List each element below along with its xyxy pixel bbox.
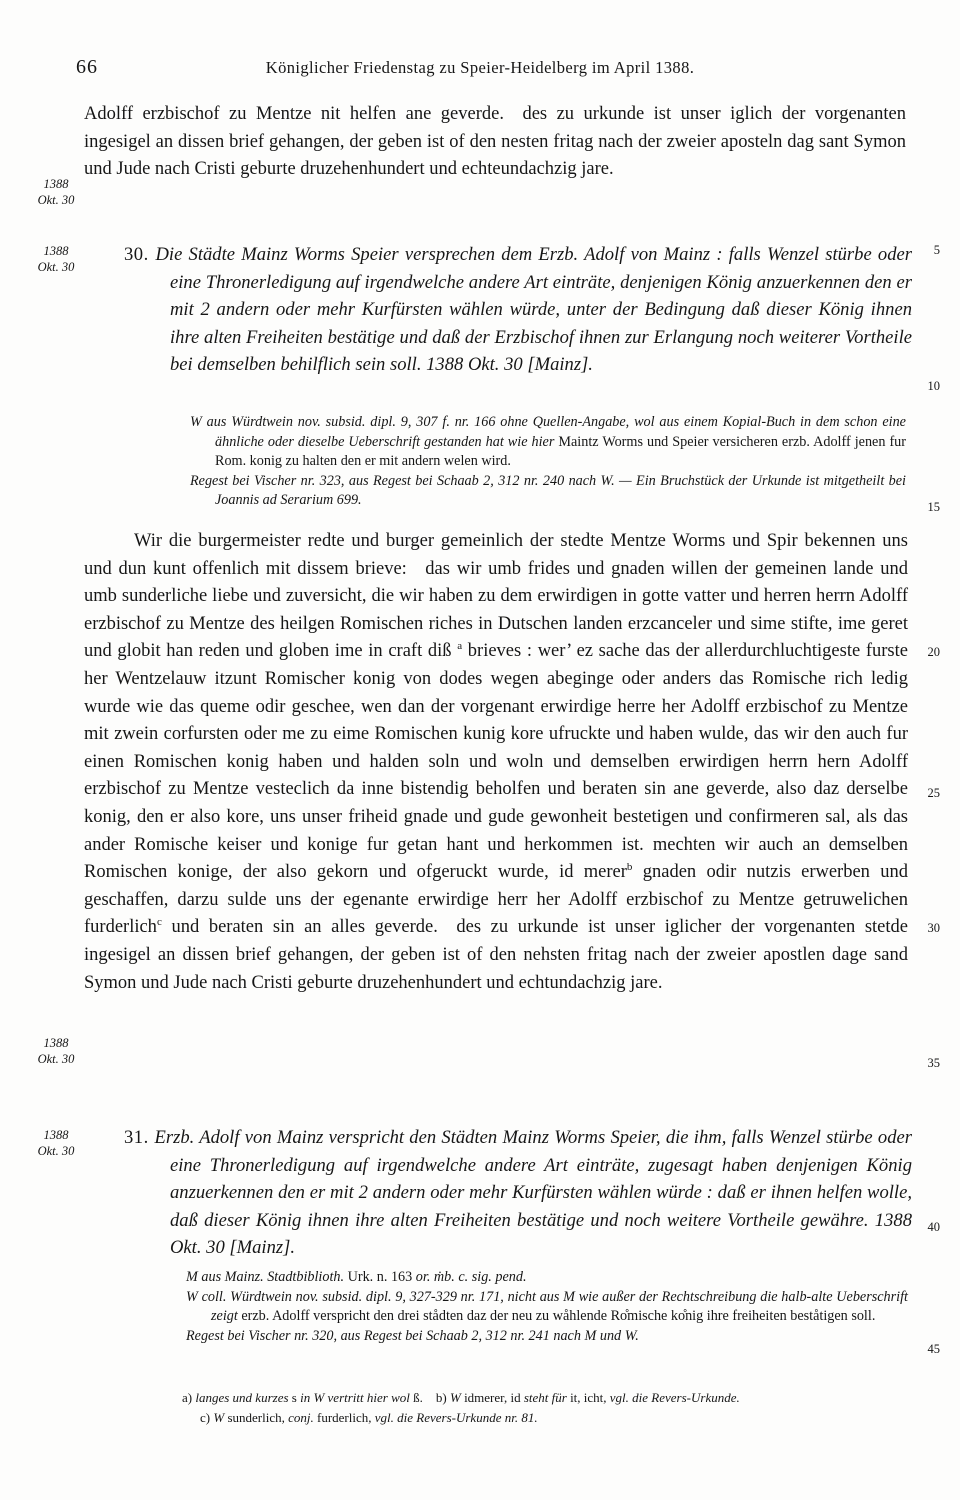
line-number: 10 [908, 379, 940, 394]
line-number: 20 [908, 645, 940, 660]
source-note: M aus Mainz. Stadtbiblioth. Urk. n. 163 … [186, 1268, 908, 1288]
source-note: Regest bei Vischer nr. 323, aus Regest b… [190, 472, 906, 511]
source-note: Regest bei Vischer nr. 320, aus Regest b… [186, 1327, 908, 1347]
margin-year: 1388 [28, 177, 84, 193]
regest-31-source-notes: M aus Mainz. Stadtbiblioth. Urk. n. 163 … [186, 1268, 908, 1346]
margin-day: Okt. 30 [28, 193, 84, 209]
regest-entry-31: 31. Erzb. Adolf von Mainz verspricht den… [124, 1124, 912, 1262]
margin-day: Okt. 30 [28, 260, 84, 276]
regest-entry-30: 30. Die Städte Mainz Worms Speier verspr… [124, 241, 912, 379]
regest-31-summary: 31. Erzb. Adolf von Mainz verspricht den… [124, 1124, 912, 1262]
source-note: W coll. Würdtwein nov. subsid. dipl. 9, … [186, 1288, 908, 1327]
line-number: 25 [908, 786, 940, 801]
margin-date-note: 1388 Okt. 30 [28, 1128, 84, 1159]
apparatus-footnotes: a) langes und kurzes s in W vertritt hie… [182, 1388, 906, 1428]
line-number: 35 [908, 1056, 940, 1071]
margin-date-note: 1388 Okt. 30 [28, 177, 84, 208]
footnote-c: c) W sunderlich, conj. furderlich, vgl. … [182, 1408, 906, 1428]
line-number: 40 [908, 1220, 940, 1235]
line-number: 45 [908, 1342, 940, 1357]
line-number: 30 [908, 921, 940, 936]
charter-paragraph: Wir die burgermeister redte und burger g… [84, 528, 908, 997]
margin-year: 1388 [28, 244, 84, 260]
charter-text: Wir die burgermeister redte und burger g… [84, 528, 908, 997]
intro-paragraph: Adolff erzbischof zu Mentze nit helfen a… [84, 101, 906, 184]
margin-date-note: 1388 Okt. 30 [28, 244, 84, 275]
intro-text: Adolff erzbischof zu Mentze nit helfen a… [84, 101, 906, 184]
regest-30-source-notes: W aus Würdtwein nov. subsid. dipl. 9, 30… [190, 413, 906, 511]
running-header: Königlicher Friedenstag zu Speier-Heidel… [0, 58, 960, 78]
footnote-a-b: a) langes und kurzes s in W vertritt hie… [182, 1388, 906, 1408]
margin-day: Okt. 30 [28, 1144, 84, 1160]
line-number: 15 [908, 500, 940, 515]
margin-year: 1388 [28, 1036, 84, 1052]
regest-30-summary: 30. Die Städte Mainz Worms Speier verspr… [124, 241, 912, 379]
margin-year: 1388 [28, 1128, 84, 1144]
margin-day: Okt. 30 [28, 1052, 84, 1068]
margin-date-note: 1388 Okt. 30 [28, 1036, 84, 1067]
document-page: 66 Königlicher Friedenstag zu Speier-Hei… [0, 0, 960, 1500]
source-note: W aus Würdtwein nov. subsid. dipl. 9, 30… [190, 413, 906, 472]
line-number: 5 [908, 243, 940, 258]
